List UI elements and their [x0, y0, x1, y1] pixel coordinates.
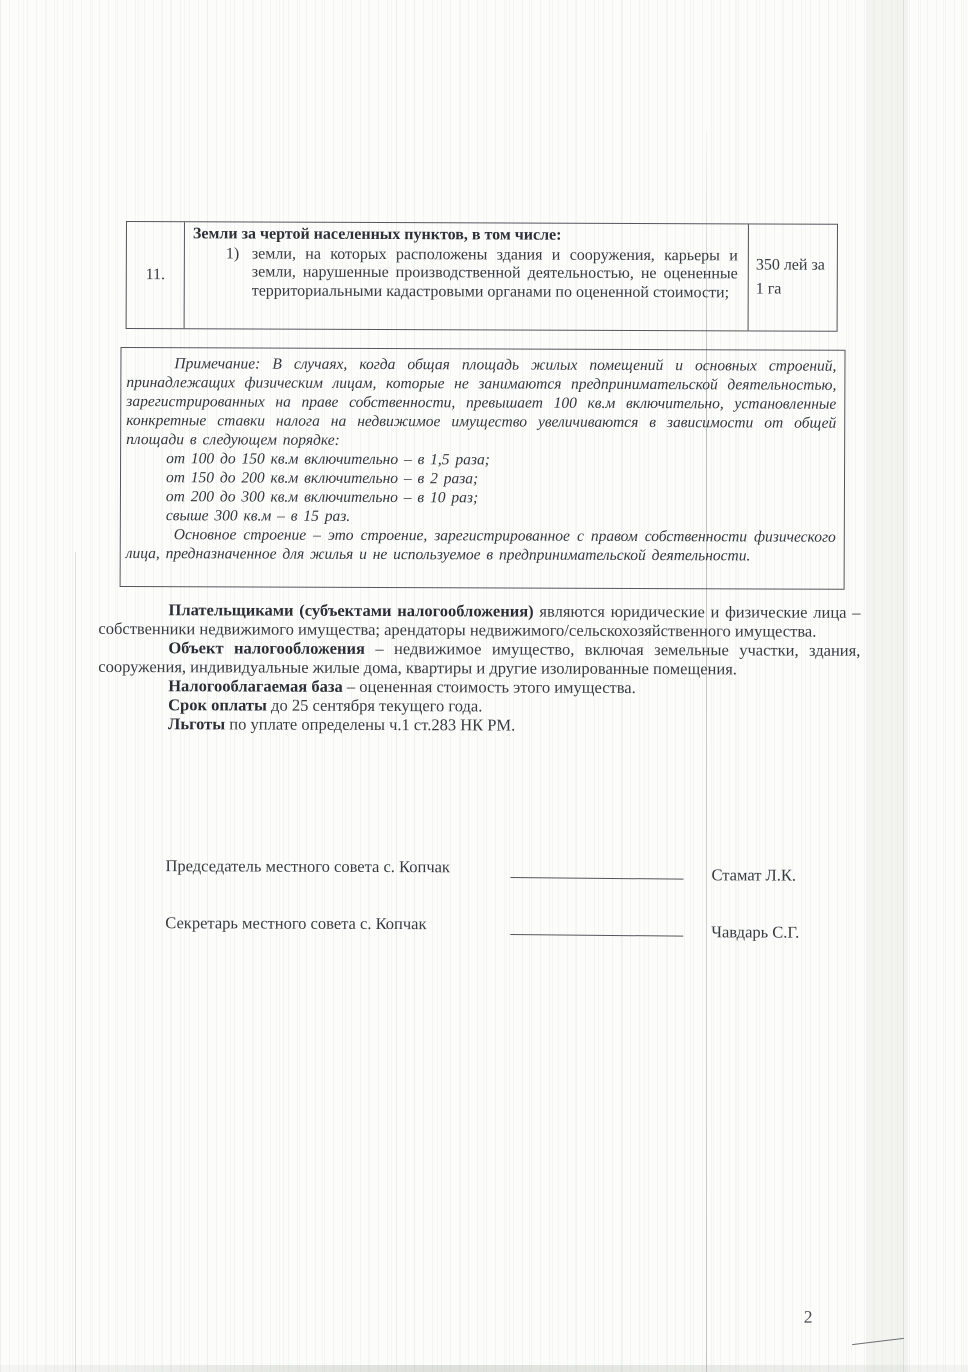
cell-description: Земли за чертой населенных пунктов, в то… — [185, 222, 749, 330]
paragraph-lead: Налогооблагаемая база — [168, 676, 343, 696]
signature-row-chairman: Председатель местного совета с. Копчак С… — [0, 856, 966, 900]
document-content: 11. Земли за чертой населенных пунктов, … — [0, 0, 968, 1372]
note-rate-list: от 100 до 150 кв.м включительно – в 1,5 … — [166, 449, 836, 528]
item-text: земли, на которых расположены здания и с… — [252, 245, 738, 302]
paragraph-lead: Плательщиками (субъектами налогообложени… — [168, 600, 533, 620]
scanned-document-page: 11. Земли за чертой населенных пунктов, … — [0, 0, 968, 1372]
note-rate-item: свыше 300 кв.м – в 15 раз. — [166, 506, 836, 528]
paragraph-lead: Срок оплаты — [168, 695, 267, 714]
row-number: 11. — [146, 266, 165, 285]
note-lead: Примечание: — [174, 355, 260, 372]
note-rate-item: от 200 до 300 кв.м включительно – в 10 р… — [166, 487, 836, 509]
note-rate-item: от 100 до 150 кв.м включительно – в 1,5 … — [166, 449, 836, 471]
paragraph-tax-object: Объект налогообложения – недвижимое имущ… — [98, 638, 860, 679]
paragraph-rest: до 25 сентября текущего года. — [271, 696, 482, 716]
signature-line — [510, 877, 683, 880]
tax-rate-table: 11. Земли за чертой населенных пунктов, … — [126, 221, 838, 332]
table-heading: Земли за чертой населенных пунктов, в то… — [193, 225, 738, 246]
paragraph-lead: Льготы — [168, 714, 225, 733]
cell-row-number: 11. — [127, 222, 185, 328]
paragraph-benefits: Льготы по уплате определены ч.1 ст.283 Н… — [98, 714, 860, 736]
signature-line — [510, 934, 683, 937]
page-number: 2 — [804, 1307, 813, 1328]
paragraph-rest: – оцененная стоимость этого имущества. — [347, 677, 636, 697]
rate-value: 350 лей за 1 га — [756, 253, 833, 301]
signature-row-secretary: Секретарь местного совета с. Копчак Чавд… — [0, 913, 965, 957]
note-paragraph-1: Примечание: В случаях, когда общая площа… — [126, 354, 836, 452]
signature-title: Секретарь местного совета с. Копчак — [165, 913, 426, 934]
item-marker: 1) — [226, 245, 252, 301]
note-rate-item: от 150 до 200 кв.м включительно – в 2 ра… — [166, 468, 836, 490]
paragraph-rest: по уплате определены ч.1 ст.283 НК РМ. — [229, 714, 515, 734]
paragraph-taxpayers: Плательщиками (субъектами налогообложени… — [98, 600, 860, 641]
signature-name: Стамат Л.К. — [711, 865, 796, 885]
note-box: Примечание: В случаях, когда общая площа… — [120, 347, 846, 590]
signature-name: Чавдарь С.Г. — [711, 922, 799, 942]
note-paragraph-2: Основное строение – это строение, зареги… — [126, 525, 836, 566]
cell-rate: 350 лей за 1 га — [749, 224, 837, 330]
paragraph-lead: Объект налогообложения — [168, 638, 365, 658]
table-list-item: 1) земли, на которых расположены здания … — [193, 245, 738, 303]
body-text: Плательщиками (субъектами налогообложени… — [98, 600, 861, 736]
signature-title: Председатель местного совета с. Копчак — [165, 856, 450, 877]
